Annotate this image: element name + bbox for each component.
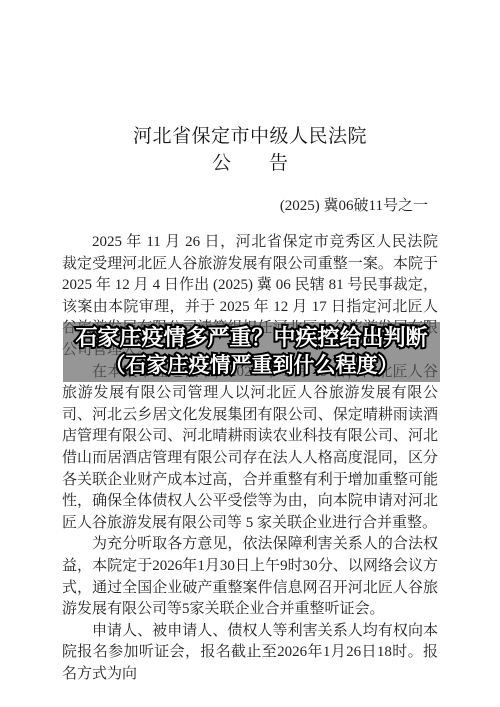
court-name-heading: 河北省保定市中级人民法院 [0,121,500,148]
notice-title: 公 告 [0,148,500,175]
case-number: (2025) 冀06破11号之一 [62,194,438,215]
watermark-banner: 石家庄疫情多严重？中疾控给出判断 （石家庄疫情严重到什么程度） [63,322,440,382]
watermark-subheadline: （石家庄疫情严重到什么程度） [105,352,399,380]
page-number: 1 [0,645,500,657]
document-body: 2025 年 11 月 26 日，河北省保定市竞秀区人民法院裁定受理河北匠人谷旅… [62,232,438,685]
body-paragraph-3: 为充分听取各方意见，依法保障利害关系人的合法权益，本院定于2026年1月30日上… [62,534,438,620]
document-page: 河北省保定市中级人民法院 公 告 (2025) 冀06破11号之一 2025 年… [0,0,500,707]
watermark-headline: 石家庄疫情多严重？中疾控给出判断 [75,324,427,352]
body-paragraph-2: 在本案审理过程中，2026 年 1 月 19 日，河北匠人谷旅游发展有限公司管理… [62,362,438,535]
